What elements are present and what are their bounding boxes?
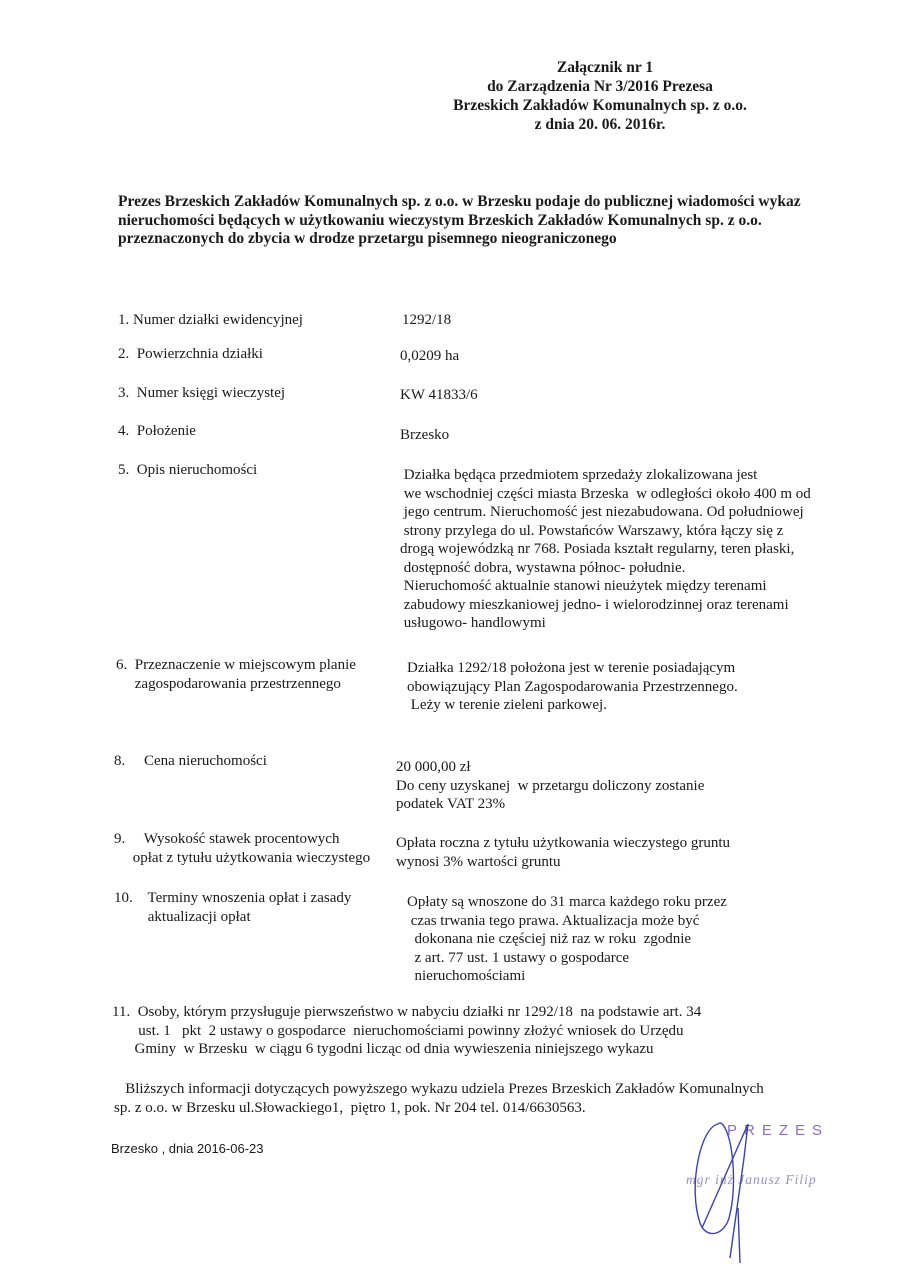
signature-icon xyxy=(690,1118,810,1268)
header-order-reference: do Zarządzenia Nr 3/2016 Prezesa xyxy=(380,77,820,96)
item-11-priority-rights: 11. Osoby, którym przysługuje pierwszeńs… xyxy=(112,1003,701,1059)
item-label-price: 8. Cena nieruchomości xyxy=(114,752,267,771)
item-label-land-register: 3. Numer księgi wieczystej xyxy=(118,384,285,403)
item-value-fee-rates: Opłata roczna z tytułu użytkowania wiecz… xyxy=(396,834,730,871)
item-value-price: 20 000,00 zł Do ceny uzyskanej w przetar… xyxy=(396,758,704,814)
item-value-area: 0,0209 ha xyxy=(400,347,459,366)
item-label-payment-terms: 10. Terminy wnoszenia opłat i zasady akt… xyxy=(114,889,351,926)
item-value-zoning: Działka 1292/18 położona jest w terenie … xyxy=(407,659,738,715)
header-company-name: Brzeskich Zakładów Komunalnych sp. z o.o… xyxy=(380,96,820,115)
intro-line: przeznaczonych do zbycia w drodze przeta… xyxy=(118,230,888,249)
header-date: z dnia 20. 06. 2016r. xyxy=(380,115,820,134)
item-value-location: Brzesko xyxy=(400,426,449,445)
item-label-parcel-number: 1. Numer działki ewidencyjnej xyxy=(118,311,303,330)
header-annex-number: Załącznik nr 1 xyxy=(380,58,820,77)
item-label-area: 2. Powierzchnia działki xyxy=(118,345,263,364)
item-value-land-register: KW 41833/6 xyxy=(400,386,478,405)
intro-paragraph: Prezes Brzeskich Zakładów Komunalnych sp… xyxy=(118,193,888,249)
item-label-fee-rates: 9. Wysokość stawek procentowych opłat z … xyxy=(114,830,370,867)
item-value-payment-terms: Opłaty są wnoszone do 31 marca każdego r… xyxy=(407,893,727,986)
contact-information: Bliższych informacji dotyczących powyższ… xyxy=(114,1080,764,1117)
intro-line: Prezes Brzeskich Zakładów Komunalnych sp… xyxy=(118,193,888,212)
document-header: Załącznik nr 1 do Zarządzenia Nr 3/2016 … xyxy=(380,58,820,134)
item-value-description: Działka będąca przedmiotem sprzedaży zlo… xyxy=(400,466,811,633)
place-and-date: Brzesko , dnia 2016-06-23 xyxy=(111,1141,263,1156)
intro-line: nieruchomości będących w użytkowaniu wie… xyxy=(118,212,888,231)
item-label-zoning: 6. Przeznaczenie w miejscowym planie zag… xyxy=(116,656,356,693)
item-label-description: 5. Opis nieruchomości xyxy=(118,461,257,480)
item-value-parcel-number: 1292/18 xyxy=(402,311,451,330)
item-label-location: 4. Położenie xyxy=(118,422,196,441)
